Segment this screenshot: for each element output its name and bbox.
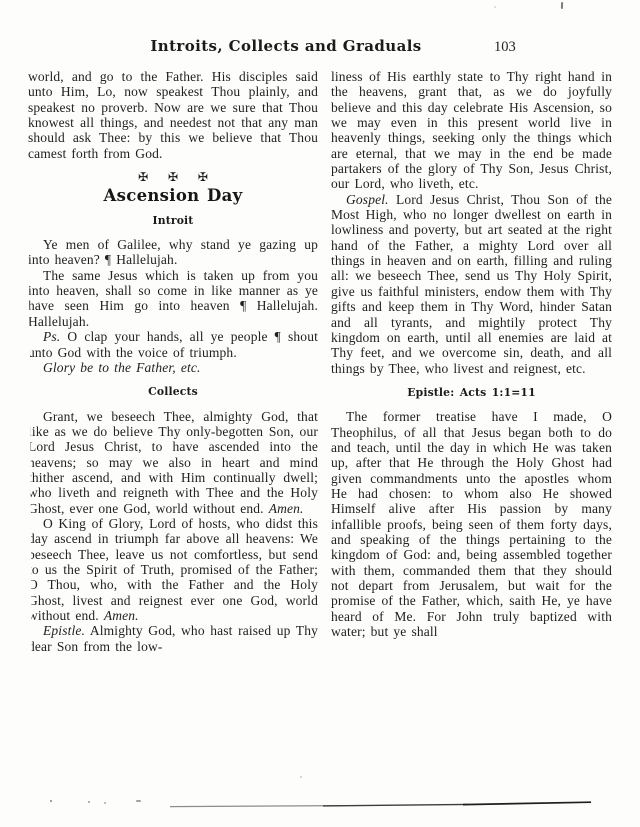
scan-speck-artifact [136, 800, 141, 802]
liturgical-subheading: Introit [28, 213, 318, 228]
page-title: Introits, Collects and Graduals [150, 37, 421, 55]
italic-text: Glory be to the Father, etc. [43, 360, 201, 375]
paragraph: The same Jesus which is taken up from yo… [28, 268, 318, 329]
liturgical-subheading: Epistle: Acts 1:1=11 [331, 385, 612, 400]
paragraph: O King of Glory, Lord of hosts, who dids… [28, 516, 318, 623]
paragraph: Gospel. Lord Jesus Christ, Thou Son of t… [331, 192, 612, 376]
paragraph: liness of His earthly state to Thy right… [331, 69, 612, 192]
text-run: The former treatise have I made, O Theop… [331, 409, 612, 639]
paragraph: Ye men of Galilee, why stand ye gazing u… [28, 237, 318, 268]
italic-text: Epistle. [43, 623, 85, 638]
scan-speck-artifact [494, 6, 496, 8]
scan-speck-artifact [38, 302, 40, 304]
paragraph: world, and go to the Father. His discipl… [28, 69, 318, 161]
paragraph: The former treatise have I made, O Theop… [331, 409, 612, 639]
scan-streak-artifact [168, 795, 592, 803]
left-column: world, and go to the Father. His discipl… [28, 69, 318, 654]
italic-text: Amen. [269, 501, 304, 516]
paragraph: Glory be to the Father, etc. [28, 360, 318, 375]
scan-speck-artifact [50, 800, 52, 802]
crosses-ornament: ✠ ✠ ✠ [28, 170, 318, 185]
scan-speck-artifact [300, 776, 302, 778]
italic-text: Gospel. [346, 192, 389, 207]
text-run: Lord Jesus Christ, Thou Son of the Most … [331, 192, 612, 376]
page-number: 103 [494, 39, 516, 56]
text-run: The same Jesus which is taken up from yo… [28, 268, 318, 329]
scanned-book-page: Introits, Collects and Graduals 103 worl… [0, 0, 640, 827]
italic-text: Amen. [104, 608, 139, 623]
section-heading: Ascension Day [28, 188, 318, 203]
scan-tick-artifact [561, 2, 563, 9]
liturgical-subheading: Collects [28, 384, 318, 399]
right-column: liness of His earthly state to Thy right… [331, 69, 612, 639]
scan-speck-artifact [104, 802, 106, 804]
text-run: Grant, we beseech Thee, almighty God, th… [28, 409, 318, 516]
scan-speck-artifact [88, 801, 90, 803]
paragraph: Epistle. Almighty God, who hast raised u… [28, 623, 318, 654]
text-run: liness of His earthly state to Thy right… [331, 69, 612, 191]
text-run: O King of Glory, Lord of hosts, who dids… [28, 516, 318, 623]
paragraph: Ps. O clap your hands, all ye people ¶ s… [28, 329, 318, 360]
text-run: O clap your hands, all ye people ¶ shout… [28, 329, 318, 359]
text-run: world, and go to the Father. His discipl… [28, 69, 318, 161]
running-header: Introits, Collects and Graduals [30, 37, 542, 56]
italic-text: Ps. [43, 329, 60, 344]
text-run: Ye men of Galilee, why stand ye gazing u… [28, 237, 318, 267]
paragraph: Grant, we beseech Thee, almighty God, th… [28, 409, 318, 516]
